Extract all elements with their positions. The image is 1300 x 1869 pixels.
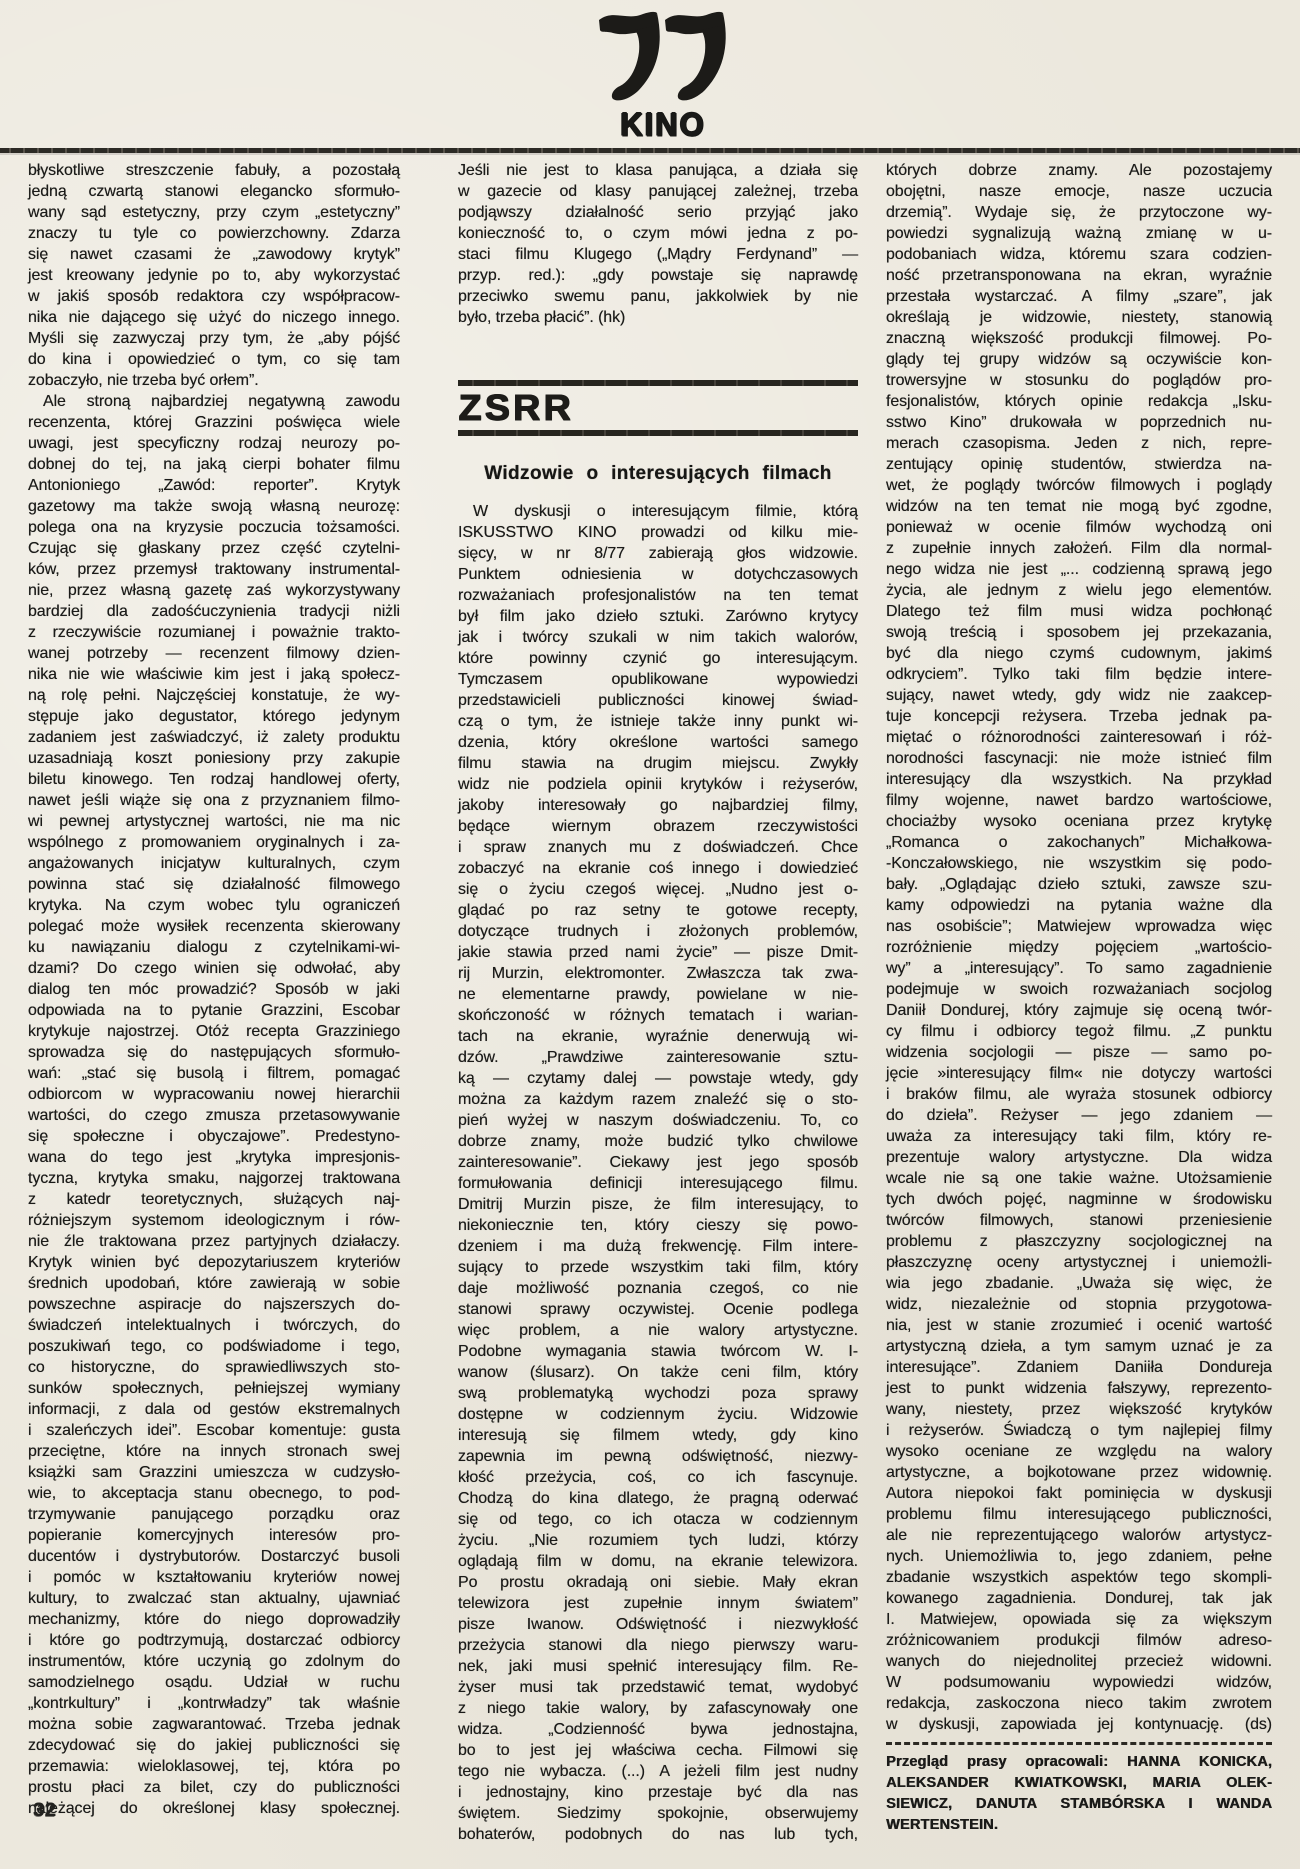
text-line: cy filmu i odbiorcy tegoż filmu. „Z punk…	[886, 1021, 1272, 1042]
text-line: rij Murzin, elektromonter. Zwłaszcza tak…	[458, 963, 858, 984]
text-line: uważa za interesujący taki film, który r…	[886, 1126, 1272, 1147]
paragraph: Ale stroną najbardziej negatywną zawodur…	[28, 391, 400, 1819]
text-line: sunków społecznych, pełniejszej wymiany	[28, 1378, 400, 1399]
text-line: podejmuje w swoich rozważaniach socjolog	[886, 979, 1272, 1000]
text-line: wet, że poglądy twórców filmowych i pogl…	[886, 475, 1272, 496]
text-line: z zupełnie innych założeń. Film dla norm…	[886, 538, 1272, 559]
text-line: co historyczne, do sprawiedliwszych sto-	[28, 1357, 400, 1378]
text-line: świętem. Siedzimy spokojnie, obserwujemy	[458, 1803, 858, 1824]
text-line: przestała wystarczać. A filmy „szare”, j…	[886, 286, 1272, 307]
text-line: recenzenta, której Grazzini poświęca wie…	[28, 412, 400, 433]
text-line: powinna stać się działalność filmowego	[28, 874, 400, 895]
text-line: w gazecie od klasy panującej zależnej, t…	[458, 181, 858, 202]
column-3: których dobrze znamy. Ale pozostajemyobo…	[886, 160, 1272, 1836]
text-line: glądać po raz setny te gotowe recepty,	[458, 900, 858, 921]
column-1-text: błyskotliwe streszczenie fabuły, a pozos…	[28, 160, 400, 1819]
text-line: sstwo Kino” drukowała w poprzednich nu-	[886, 412, 1272, 433]
text-line: nie, przez własną gazetę zaś wykorzystyw…	[28, 580, 400, 601]
text-line: rozróżnienie między pojęciem „wartościo-	[886, 937, 1272, 958]
paragraph: Jeśli nie jest to klasa panująca, a dzia…	[458, 160, 858, 328]
text-line: wanow (ślusarz). On także ceni film, któ…	[458, 1362, 858, 1383]
text-line: i pomóc w kształtowaniu kryteriów nowej	[28, 1567, 400, 1588]
text-line: nas osobiście”; Matwiejew wprowadza więc	[886, 916, 1272, 937]
text-line: widz, niezależnie od stopnia przygotowa-	[886, 1294, 1272, 1315]
text-line: Dmitrij Murzin pisze, że film interesują…	[458, 1194, 858, 1215]
text-line: będące wiernym obrazem rzeczywistości	[458, 816, 858, 837]
text-line: i jednostajny, kino przestaje być dla na…	[458, 1782, 858, 1803]
text-line: Podobne wymagania stawia twórcom W. I-	[458, 1341, 858, 1362]
text-line: Dlatego też film musi widza pochłonąć	[886, 601, 1272, 622]
text-line: Po prostu okradają oni siebie. Mały ekra…	[458, 1572, 858, 1593]
text-line: nych. Uniemożliwia to, jego zdaniem, peł…	[886, 1546, 1272, 1567]
text-line: sujący to przede wszystkim taki film, kt…	[458, 1257, 858, 1278]
text-line: ale nie reprezentującego walorów artysty…	[886, 1525, 1272, 1546]
text-line: widza. „Codzienność bywa jednostajna,	[458, 1719, 858, 1740]
text-line: wana do tego jest „krytyka impresjonis-	[28, 1147, 400, 1168]
text-line: Ale stroną najbardziej negatywną zawodu	[28, 391, 400, 412]
text-line: ku nawiązaniu dialogu z czytelnikami-wi-	[28, 937, 400, 958]
text-line: pień wyżej w naszym doświadczeniu. To, c…	[458, 1110, 858, 1131]
text-line: zobaczyć na ekranie coś innego i dowiedz…	[458, 858, 858, 879]
text-line: drzemią”. Wydaje się, że przytoczone wy-	[886, 202, 1272, 223]
text-line: kowanego zagadnienia. Dondurej, tak jak	[886, 1588, 1272, 1609]
text-line: zróżnicowaniem produkcji filmów adreso-	[886, 1630, 1272, 1651]
text-line: fesjonalistów, których opinie redakcja „…	[886, 391, 1272, 412]
text-line: jedną czwartą stanowi elegancko sformuło…	[28, 181, 400, 202]
text-line: obojętni, nasze emocje, nasze uczucia	[886, 181, 1272, 202]
text-line: odpowiada na to pytanie Grazzini, Escoba…	[28, 1000, 400, 1021]
text-line: Chodzą do kina dlatego, że pragną oderwa…	[458, 1488, 858, 1509]
text-line: sięcy, w nr 8/77 zabierają głos widzowie…	[458, 543, 858, 564]
text-line: żyser musi tak przedstawić temat, wydoby…	[458, 1677, 858, 1698]
text-line: polega ona na kryzysie poczucia tożsamoś…	[28, 517, 400, 538]
text-line: ducentów i dystrybutorów. Dostarczyć bus…	[28, 1546, 400, 1567]
text-line: merach czasopisma. Jeden z nich, repre-	[886, 433, 1272, 454]
text-line: tach na ekranie, wyraźnie denerwują wi-	[458, 1026, 858, 1047]
logo-kino-text: KINO	[588, 109, 738, 141]
text-line: chociażby wysoko oceniana przez krytykę	[886, 811, 1272, 832]
text-line: rozważaniach profesjonalistów na ten tem…	[458, 585, 858, 606]
text-line: można za każdym razem znaleźć się o sto-	[458, 1089, 858, 1110]
text-line: sujący, nawet wtedy, gdy widz nie zaakce…	[886, 685, 1272, 706]
text-line: i szaleńczych idei”. Escobar komentuje: …	[28, 1420, 400, 1441]
text-line: ne elementarne prawdy, powielane w nie-	[458, 984, 858, 1005]
text-line: gazetowy ma także swoją własną neurozę:	[28, 496, 400, 517]
text-line: z rzeczywiście rozumianej i poważnie tra…	[28, 622, 400, 643]
text-line: zdecydować się do jakiej publiczności si…	[28, 1735, 400, 1756]
text-line: artystyczne, a bojkotowane przez widowni…	[886, 1462, 1272, 1483]
text-line: dobnej do tej, na jaką cierpi bohater fi…	[28, 454, 400, 475]
text-line: wysoko oceniane ze względu na walory	[886, 1441, 1272, 1462]
text-line: wia jego zbadanie. „Uważa się więc, że	[886, 1273, 1272, 1294]
text-line: nika nie wie właściwie kim jest i jaką s…	[28, 664, 400, 685]
text-line: krytyka. Na czym wobec tylu ograniczeń	[28, 895, 400, 916]
text-line: wanych do niejednolitej przecież widowni…	[886, 1651, 1272, 1672]
text-line: z niego takie walory, by zafascynowały o…	[458, 1698, 858, 1719]
text-line: dzeniem i ma dużą frekwencję. Film inter…	[458, 1236, 858, 1257]
text-line: nek, jaki musi spełnić interesujący film…	[458, 1656, 858, 1677]
text-line: poszukiwań tego, co podświadome i tego,	[28, 1336, 400, 1357]
text-line: zainteresowanie”. Ciekawy jest jego spos…	[458, 1152, 858, 1173]
text-line: które powinny czynić go interesującym.	[458, 648, 858, 669]
text-line: przeciwko swemu panu, jakkolwiek by nie	[458, 286, 858, 307]
text-line: jakie stawia przed nami życie” — pisze D…	[458, 942, 858, 963]
text-line: powszechne aspiracje do najszerszych do-	[28, 1294, 400, 1315]
text-line: zobaczyło, nie trzeba być orłem”.	[28, 370, 400, 391]
top-page-rule	[0, 148, 1300, 153]
text-line: podjąwszy działalność serio przyjąć jako	[458, 202, 858, 223]
text-line: ną rolę pełni. Najczęściej konstatuje, ż…	[28, 685, 400, 706]
text-line: uwagi, jest specyficzny rodzaj neurozy p…	[28, 433, 400, 454]
text-line: różniejszym systemom ideologicznym i rów…	[28, 1210, 400, 1231]
text-line: odkryciem”. Tylko taki film będzie inter…	[886, 664, 1272, 685]
text-line: prezentuje walory artystyczne. Dla widza	[886, 1147, 1272, 1168]
text-line: „kontrkultury” i „kontrwładzy” tak właśn…	[28, 1693, 400, 1714]
text-line: jest to punkt widzenia fałszywy, repreze…	[886, 1378, 1272, 1399]
text-line: W dyskusji o interesującym filmie, którą	[458, 501, 858, 522]
text-line: instrumentów, które uczynią go zdolnym d…	[28, 1651, 400, 1672]
text-line: filmy wojenne, nawet bardzo wartościowe,	[886, 790, 1272, 811]
text-line: czą o tym, że istnieje także inny punkt …	[458, 711, 858, 732]
text-line: I. Matwiejew, opowiada się za większym	[886, 1609, 1272, 1630]
text-line: miętać o różnorodności zainteresowań i r…	[886, 727, 1272, 748]
text-line: Autora niepokoi fakt pominięcia w dyskus…	[886, 1483, 1272, 1504]
text-line: przeżycia stanowi dla niego pierwszy war…	[458, 1635, 858, 1656]
text-line: trowersyjne w stosunku do poglądów pro-	[886, 370, 1272, 391]
text-line: ność przetransponowana na ekran, wyraźni…	[886, 265, 1272, 286]
text-line: wartości, do czego zmusza przetasowywani…	[28, 1105, 400, 1126]
text-line: do dzieła”. Reżyser — jego zdaniem —	[886, 1105, 1272, 1126]
text-line: nia, jest w stanie zrozumieć i ocenić wa…	[886, 1315, 1272, 1336]
text-line: się społeczne i obyczajowe”. Predestyno-	[28, 1126, 400, 1147]
column-2-body-text: W dyskusji o interesującym filmie, którą…	[458, 501, 858, 1845]
text-line: się nawet czasami że „zawodowy krytyk”	[28, 244, 400, 265]
text-line: jęcie »interesujący film« nie dotyczy wa…	[886, 1063, 1272, 1084]
section-rule-bottom	[458, 430, 858, 436]
text-line: których dobrze znamy. Ale pozostajemy	[886, 160, 1272, 181]
text-line: bohaterów, podobnych do nas lub tych,	[458, 1824, 858, 1845]
paragraph: których dobrze znamy. Ale pozostajemyobo…	[886, 160, 1272, 1735]
text-line: twórców filmowych, stanowi przeniesienie	[886, 1210, 1272, 1231]
text-line: uzasadniają koszt poniesiony przy zakupi…	[28, 748, 400, 769]
column-3-text: których dobrze znamy. Ale pozostajemyobo…	[886, 160, 1272, 1735]
text-line: wany sąd estetyczny, przy czym „estetycz…	[28, 202, 400, 223]
text-line: artystyczną dzieła, a tym samym uznać je…	[886, 1336, 1272, 1357]
text-line: książki sam Grazzini umieszcza w cudzysł…	[28, 1462, 400, 1483]
text-line: Punktem odniesienia w dotychczasowych	[458, 564, 858, 585]
logo-77-icon	[597, 6, 729, 110]
text-line: znaczną większość produkcji filmowej. Po…	[886, 328, 1272, 349]
text-line: zentujący opinię studentów, stwierdza na…	[886, 454, 1272, 475]
column-2: Jeśli nie jest to klasa panująca, a dzia…	[458, 160, 858, 1845]
text-line: kłość przeżycia, coś, co ich fascynuje.	[458, 1467, 858, 1488]
text-line: i reżyserów. Świadczą o tym najlepiej fi…	[886, 1420, 1272, 1441]
text-line: dzami? Do czego winien się odwołać, aby	[28, 958, 400, 979]
text-line: bo to jest jej właściwa cecha. Filmowi s…	[458, 1740, 858, 1761]
text-line: dobrze znamy, może budzić tylko chwilowe	[458, 1131, 858, 1152]
text-line: wi pewnej artystycznej wartości, nie ma …	[28, 811, 400, 832]
paragraph: Przegląd prasy opracowali: HANNA KONICKA…	[886, 1752, 1272, 1836]
text-line: wany, niestety, przez większość krytyków	[886, 1399, 1272, 1420]
section-title: ZSRR	[458, 388, 858, 428]
text-line: stanowi sprawy oczywistej. Ocenie podleg…	[458, 1299, 858, 1320]
text-line: „Romanca o zakochanych” Michałkowa-	[886, 832, 1272, 853]
column-1: błyskotliwe streszczenie fabuły, a pozos…	[28, 160, 400, 1819]
text-line: wcale nie są one takie ważne. Utożsamien…	[886, 1168, 1272, 1189]
text-line: zapewnia im pewną odświętność, niezwy-	[458, 1446, 858, 1467]
text-line: sprowadza się do następujących sformuło-	[28, 1042, 400, 1063]
text-line: przeciętne, które na innych stronach swe…	[28, 1441, 400, 1462]
text-line: dzów. „Prawdziwe zainteresowanie sztu-	[458, 1047, 858, 1068]
text-line: ISKUSSTWO KINO prowadzi od kilku mie-	[458, 522, 858, 543]
text-line: konieczność to, o czym mówi jedna z po-	[458, 223, 858, 244]
text-line: średnich upodobań, które zawierają w sob…	[28, 1273, 400, 1294]
text-line: nawet jeśli wiąże się ona z przyznaniem …	[28, 790, 400, 811]
text-line: redakcja, zaskoczona nieco takim zwrotem	[886, 1693, 1272, 1714]
text-line: kultury, to zwalczać stan aktualny, ujaw…	[28, 1588, 400, 1609]
text-line: angażowanych inicjatyw kulturalnych, czy…	[28, 853, 400, 874]
text-line: norodności fascynacji: nie może istnieć …	[886, 748, 1272, 769]
text-line: życia, ale jednym z wielu jego elementów…	[886, 580, 1272, 601]
text-line: niekoniecznie ten, który cieszy się powo…	[458, 1215, 858, 1236]
text-line: polegać może wysiłek recenzenta skierowa…	[28, 916, 400, 937]
text-line: ką — czytamy dalej — powstaje wtedy, gdy	[458, 1068, 858, 1089]
paragraph: błyskotliwe streszczenie fabuły, a pozos…	[28, 160, 400, 391]
text-line: Myśli się zazwyczaj przy tym, że „aby pó…	[28, 328, 400, 349]
text-line: oglądają film w domu, na ekranie telewiz…	[458, 1551, 858, 1572]
text-line: problemu filmu interesującego publicznoś…	[886, 1504, 1272, 1525]
text-line: prostu płaci za bilet, czy do publicznoś…	[28, 1777, 400, 1798]
text-line: się o życiu czegoś więcej. „Nudno jest o…	[458, 879, 858, 900]
text-line: glądy tej grupy widzów są oczywiście kon…	[886, 349, 1272, 370]
text-line: tego nie wybacza. (...) A jeżeli film je…	[458, 1761, 858, 1782]
text-line: wanej potrzeby — recenzent filmowy dzien…	[28, 643, 400, 664]
text-line: można sobie zagwarantować. Trzeba jednak	[28, 1714, 400, 1735]
text-line: mechanizmy, które do niego doprowadziły	[28, 1609, 400, 1630]
text-line: interesują się filmem wtedy, gdy kino	[458, 1425, 858, 1446]
paragraph: W dyskusji o interesującym filmie, którą…	[458, 501, 858, 1845]
text-line: widzenia socjologii — pisze — samo po-	[886, 1042, 1272, 1063]
text-line: i spraw znanych mu z doświadczeń. Chce	[458, 837, 858, 858]
text-line: ALEKSANDER KWIATKOWSKI, MARIA OLEK-	[886, 1773, 1272, 1794]
text-line: nego widza nie jest „... codzienną spraw…	[886, 559, 1272, 580]
text-line: bardziej dla zadośćuczynienia tradycji n…	[28, 601, 400, 622]
text-line: zbadanie wszystkich aspektów tego skompl…	[886, 1567, 1272, 1588]
text-line: tyczna, krytyka smaku, najgorzej traktow…	[28, 1168, 400, 1189]
text-line: z katedr teoretycznych, służących naj-	[28, 1189, 400, 1210]
text-line: jakoby interesowały go najbardziej filmy…	[458, 795, 858, 816]
text-line: być dla niego czymś cudownym, jakimś	[886, 643, 1272, 664]
text-line: WERTENSTEIN.	[886, 1815, 1272, 1836]
text-line: świadczeń intelektualnych i twórczych, d…	[28, 1315, 400, 1336]
article-title: Widzowie o interesujących filmach	[458, 463, 858, 485]
text-line: interesujące”. Zdaniem Daniiła Dondureja	[886, 1357, 1272, 1378]
text-line: ponieważ w ocenie filmów wychodzą oni	[886, 517, 1272, 538]
text-line: biletu kinowego. Ten rodzaj handlowej of…	[28, 769, 400, 790]
text-line: tuje koncepcji reżysera. Trzeba jednak p…	[886, 706, 1272, 727]
text-line: widz nie podziela opinii krytyków i reży…	[458, 774, 858, 795]
text-line: więc problem, a nie walory artystyczne.	[458, 1320, 858, 1341]
text-line: Jeśli nie jest to klasa panująca, a dzia…	[458, 160, 858, 181]
text-line: interesujący dla wszystkich. Na przykład	[886, 769, 1272, 790]
kino-77-logo: KINO	[588, 6, 738, 140]
text-line: Czując się głaskany przez część czytelni…	[28, 538, 400, 559]
text-line: -Konczałowskiego, nie wszystkim się podo…	[886, 853, 1272, 874]
column-2-top-text: Jeśli nie jest to klasa panująca, a dzia…	[458, 160, 858, 328]
text-line: było, trzeba płacić”. (hk)	[458, 307, 858, 328]
text-line: wie, to akceptacja stanu obecnego, to po…	[28, 1483, 400, 1504]
text-line: należącej do określonej klasy społecznej…	[28, 1798, 400, 1819]
magazine-page-scan: { "logo": { "issue_number": "77", "magaz…	[0, 0, 1300, 1869]
text-line: zadaniem jest zaświadczyć, iż zalety pro…	[28, 727, 400, 748]
text-line: się od tego, co ich otacza w codziennym	[458, 1509, 858, 1530]
text-line: dostępne w codziennym życiu. Widzowie	[458, 1404, 858, 1425]
text-line: trzymywanie panującego porządku oraz	[28, 1504, 400, 1525]
text-line: dialog ten móc prowadzić? Sposób w jaki	[28, 979, 400, 1000]
text-line: dotyczące trudnych i złożonych problemów…	[458, 921, 858, 942]
text-line: Krytyk winien być depozytariuszem kryter…	[28, 1252, 400, 1273]
text-line: problemu z płaszczyzny socjologicznej na	[886, 1231, 1272, 1252]
text-line: swą problematyką wychodzi poza sprawy	[458, 1383, 858, 1404]
text-line: formułowania definicji interesującego fi…	[458, 1173, 858, 1194]
credits-divider	[886, 1742, 1272, 1745]
text-line: do kina i opowiedzieć o tym, co się tam	[28, 349, 400, 370]
text-line: krytykuje najostrzej. Otóż recepta Grazz…	[28, 1021, 400, 1042]
text-line: jak i twórcy szukali w nim takich waloró…	[458, 627, 858, 648]
text-line: widzów na ten temat nie mogą być zgodne,	[886, 496, 1272, 517]
text-line: w jakiś sposób redaktora czy współpracow…	[28, 286, 400, 307]
text-line: i braków filmu, ale wyraża stosunek odbi…	[886, 1084, 1272, 1105]
text-line: kamy odpowiedzi na pytania ważne dla	[886, 895, 1272, 916]
text-line: W podsumowaniu wypowiedzi widzów,	[886, 1672, 1272, 1693]
text-line: Tymczasem opublikowane wypowiedzi	[458, 669, 858, 690]
text-line: przemawia: wieloklasowej, tej, która po	[28, 1756, 400, 1777]
text-line: filmu stawia na drugim miejscu. Zwykły	[458, 753, 858, 774]
text-line: płaszczyznę oceny artystycznej i uniemoż…	[886, 1252, 1272, 1273]
text-line: tych dwóch pojęć, nagminne w środowisku	[886, 1189, 1272, 1210]
text-line: SIEWICZ, DANUTA STAMBÓRSKA I WANDA	[886, 1794, 1272, 1815]
text-line: wy” a „interesujący”. To samo zagadnieni…	[886, 958, 1272, 979]
text-line: daje możliwość poznania czegoś, co nie	[458, 1278, 858, 1299]
text-line: i które go podtrzymują, dostarczać odbio…	[28, 1630, 400, 1651]
text-line: staci filmu Klugego („Mądry Ferdynand” —	[458, 244, 858, 265]
text-line: w dyskusji, zapowiada jej kontynuację. (…	[886, 1714, 1272, 1735]
text-line: przedstawicieli publiczności kinowej świ…	[458, 690, 858, 711]
text-line: stępuje jako degustator, którego jedynym	[28, 706, 400, 727]
text-line: przyp. red.): „gdy powstaje się naprawdę	[458, 265, 858, 286]
text-line: telewizora jest zupełnie innym światem”	[458, 1593, 858, 1614]
text-line: powiedzi sygnalizują ważną zmianę w u-	[886, 223, 1272, 244]
text-line: pisze Iwanow. Odświętność i niezwykłość	[458, 1614, 858, 1635]
page-number: 32	[33, 1800, 56, 1822]
text-line: wań: „stać się busolą i filtrem, pomagać	[28, 1063, 400, 1084]
zsrr-section-header: ZSRR	[458, 380, 858, 436]
text-line: znaczy tu tyle co powierzchowny. Zdarza	[28, 223, 400, 244]
text-line: jest kreowany jedynie po to, aby wykorzy…	[28, 265, 400, 286]
text-line: Daniił Dondurej, który zajmuje się oceną…	[886, 1000, 1272, 1021]
text-line: wspólnego z promowaniem oryginalnych i z…	[28, 832, 400, 853]
text-line: Przegląd prasy opracowali: HANNA KONICKA…	[886, 1752, 1272, 1773]
text-line: podobaniach widza, któremu szara codzien…	[886, 244, 1272, 265]
text-line: popieranie komercyjnych interesów pro-	[28, 1525, 400, 1546]
text-line: błyskotliwe streszczenie fabuły, a pozos…	[28, 160, 400, 181]
text-line: skończoność w różnych tematach i warian-	[458, 1005, 858, 1026]
text-line: odbiorcom w wypracowaniu nowej hierarchi…	[28, 1084, 400, 1105]
credits: Przegląd prasy opracowali: HANNA KONICKA…	[886, 1752, 1272, 1836]
section-rule-top	[458, 380, 858, 386]
text-line: ków, przez przemysł traktowany instrumen…	[28, 559, 400, 580]
text-line: życiu. „Nie rozumiem tych ludzi, którzy	[458, 1530, 858, 1551]
text-line: informacji, z dala od gestów ekstremalny…	[28, 1399, 400, 1420]
text-line: określają je widzowie, niestety, stanowi…	[886, 307, 1272, 328]
text-line: samodzielnego osądu. Udział w ruchu	[28, 1672, 400, 1693]
text-line: nika nie dającego się użyć do niczego in…	[28, 307, 400, 328]
text-line: Antonioniego „Zawód: reporter”. Krytyk	[28, 475, 400, 496]
text-line: swoją treścią i sposobem jej przekazania…	[886, 622, 1272, 643]
text-line: dzenia, który określone wartości samego	[458, 732, 858, 753]
text-line: bały. „Oglądając dzieło sztuki, zawsze s…	[886, 874, 1272, 895]
text-line: był film jako dzieło sztuki. Zarówno kry…	[458, 606, 858, 627]
text-line: nie źle traktowana przez partyjnych dzia…	[28, 1231, 400, 1252]
